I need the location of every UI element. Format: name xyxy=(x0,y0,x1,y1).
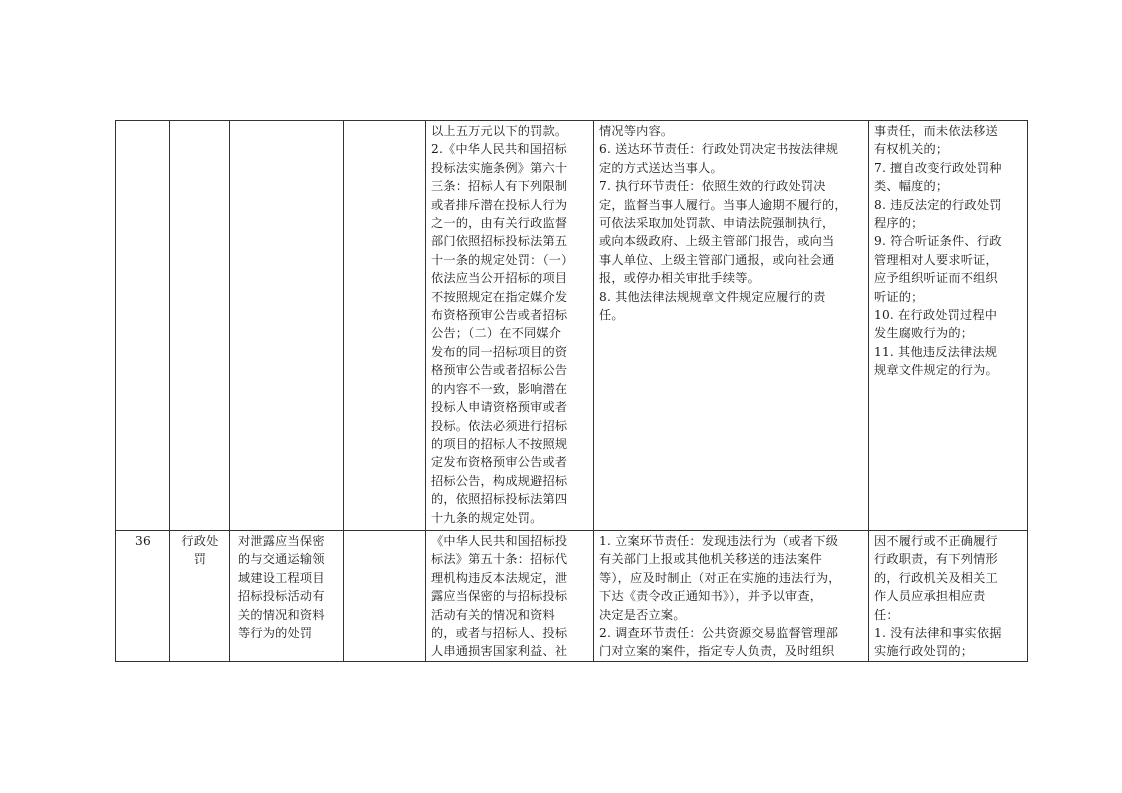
index-cell: 36 xyxy=(116,531,170,662)
text-line: 不按照规定在指定媒介发 xyxy=(431,288,589,306)
text-line: 的，依照招标投标法第四 xyxy=(431,490,589,508)
item-number: 36 xyxy=(135,534,151,548)
text-line: 任： xyxy=(874,606,1023,624)
text-line: 10. 在行政处罚过程中 xyxy=(874,306,1023,324)
text-line: 投标。依法必须进行招标 xyxy=(431,417,589,435)
code-cell xyxy=(344,531,426,662)
index-cell xyxy=(116,121,170,531)
text-line: 公告；（二）在不同媒介 xyxy=(431,324,589,342)
text-line: 定，监督当事人履行。当事人逾期不履行的， xyxy=(599,196,864,214)
basis-cell: 以上五万元以下的罚款。2.《中华人民共和国招标投标法实施条例》第六十三条：招标人… xyxy=(426,121,594,531)
responsibility-table: 以上五万元以下的罚款。2.《中华人民共和国招标投标法实施条例》第六十三条：招标人… xyxy=(115,120,1028,662)
text-line: 7. 执行环节责任：依照生效的行政处罚决 xyxy=(599,177,864,195)
text-line: 9. 符合听证条件、行政 xyxy=(874,232,1023,250)
table-row: 以上五万元以下的罚款。2.《中华人民共和国招标投标法实施条例》第六十三条：招标人… xyxy=(116,121,1028,531)
text-line: 人串通损害国家利益、社 xyxy=(431,642,589,660)
text-line: 1. 立案环节责任：发现违法行为（或者下级 xyxy=(599,532,864,550)
text-line: 《中华人民共和国招标投 xyxy=(431,532,589,550)
item-cell xyxy=(230,121,344,531)
text-line: 以上五万元以下的罚款。 xyxy=(431,122,589,140)
text-line: 行政职责，有下列情形 xyxy=(874,550,1023,568)
text-line: 招标公告，构成规避招标 xyxy=(431,472,589,490)
text-line: 发布的同一招标项目的资 xyxy=(431,343,589,361)
text-line: 2. 调查环节责任：公共资源交易监督管理部 xyxy=(599,624,864,642)
text-line: 情况等内容。 xyxy=(599,122,864,140)
text-line: 投标人申请资格预审或者 xyxy=(431,398,589,416)
text-line: 定的方式送达当事人。 xyxy=(599,159,864,177)
text-line: 应予组织听证而不组织 xyxy=(874,269,1023,287)
responsibility-cell: 情况等内容。6. 送达环节责任：行政处罚决定书按法律规定的方式送达当事人。7. … xyxy=(594,121,869,531)
text-line: 事人单位、上级主管部门通报，或向社会通 xyxy=(599,251,864,269)
text-line: 三条：招标人有下列限制 xyxy=(431,177,589,195)
text-line: 的，行政机关及相关工 xyxy=(874,569,1023,587)
text-line: 等），应及时制止（对正在实施的违法行为， xyxy=(599,569,864,587)
text-line: 活动有关的情况和资料 xyxy=(431,606,589,624)
text-line: 类、幅度的； xyxy=(874,177,1023,195)
text-line: 十九条的规定处罚。 xyxy=(431,509,589,527)
text-line: 罚 xyxy=(175,550,225,568)
text-line: 6. 送达环节责任：行政处罚决定书按法律规 xyxy=(599,140,864,158)
text-line: 可依法采取加处罚款、申请法院强制执行， xyxy=(599,214,864,232)
text-line: 的内容不一致，影响潜在 xyxy=(431,380,589,398)
text-line: 标法》第五十条：招标代 xyxy=(431,550,589,568)
text-line: 管理相对人要求听证， xyxy=(874,251,1023,269)
basis-cell: 《中华人民共和国招标投标法》第五十条：招标代理机构违反本法规定，泄露应当保密的与… xyxy=(426,531,594,662)
text-line: 8. 违反法定的行政处罚 xyxy=(874,196,1023,214)
text-line: 事责任，而未依法移送 xyxy=(874,122,1023,140)
text-line: 行政处 xyxy=(175,532,225,550)
text-line: 下达《责令改正通知书》），并予以审查， xyxy=(599,587,864,605)
text-line: 8. 其他法律法规规章文件规定应履行的责 xyxy=(599,288,864,306)
text-line: 1. 没有法律和事实依据 xyxy=(874,624,1023,642)
text-line: 门对立案的案件，指定专人负责，及时组织 xyxy=(599,642,864,660)
text-line: 实施行政处罚的； xyxy=(874,642,1023,660)
text-line: 报，或停办相关审批手续等。 xyxy=(599,269,864,287)
text-line: 对泄露应当保密 xyxy=(238,532,339,550)
responsibility-cell: 1. 立案环节责任：发现违法行为（或者下级有关部门上报或其他机关移送的违法案件等… xyxy=(594,531,869,662)
text-line: 听证的； xyxy=(874,288,1023,306)
text-line: 之一的，由有关行政监督 xyxy=(431,214,589,232)
text-line: 规章文件规定的行为。 xyxy=(874,361,1023,379)
text-line: 2.《中华人民共和国招标 xyxy=(431,140,589,158)
text-line: 的项目的招标人不按照规 xyxy=(431,435,589,453)
text-line: 有关部门上报或其他机关移送的违法案件 xyxy=(599,550,864,568)
text-line: 依法应当公开招标的项目 xyxy=(431,269,589,287)
text-line: 招标投标活动有 xyxy=(238,587,339,605)
text-line: 作人员应承担相应责 xyxy=(874,587,1023,605)
text-line: 十一条的规定处罚：（一） xyxy=(431,251,589,269)
text-line: 或者排斥潜在投标人行为 xyxy=(431,196,589,214)
accountability-cell: 因不履行或不正确履行行政职责，有下列情形的，行政机关及相关工作人员应承担相应责任… xyxy=(869,531,1028,662)
document-page: 以上五万元以下的罚款。2.《中华人民共和国招标投标法实施条例》第六十三条：招标人… xyxy=(0,0,1122,793)
code-cell xyxy=(344,121,426,531)
type-cell: 行政处罚 xyxy=(170,531,230,662)
text-line: 或向本级政府、上级主管部门报告，或向当 xyxy=(599,232,864,250)
text-line: 关的情况和资料 xyxy=(238,606,339,624)
accountability-cell: 事责任，而未依法移送有权机关的；7. 擅自改变行政处罚种类、幅度的；8. 违反法… xyxy=(869,121,1028,531)
text-line: 因不履行或不正确履行 xyxy=(874,532,1023,550)
text-line: 程序的； xyxy=(874,214,1023,232)
text-line: 理机构违反本法规定，泄 xyxy=(431,569,589,587)
text-line: 部门依照招标投标法第五 xyxy=(431,232,589,250)
text-line: 11. 其他违反法律法规 xyxy=(874,343,1023,361)
text-line: 露应当保密的与招标投标 xyxy=(431,587,589,605)
text-line: 定发布资格预审公告或者 xyxy=(431,453,589,471)
text-line: 等行为的处罚 xyxy=(238,624,339,642)
text-line: 投标法实施条例》第六十 xyxy=(431,159,589,177)
table-row: 36 行政处罚 对泄露应当保密的与交通运输领域建设工程项目招标投标活动有关的情况… xyxy=(116,531,1028,662)
item-cell: 对泄露应当保密的与交通运输领域建设工程项目招标投标活动有关的情况和资料等行为的处… xyxy=(230,531,344,662)
text-line: 的，或者与招标人、投标 xyxy=(431,624,589,642)
text-line: 格预审公告或者招标公告 xyxy=(431,361,589,379)
type-cell xyxy=(170,121,230,531)
text-line: 域建设工程项目 xyxy=(238,569,339,587)
text-line: 有权机关的； xyxy=(874,140,1023,158)
text-line: 7. 擅自改变行政处罚种 xyxy=(874,159,1023,177)
text-line: 任。 xyxy=(599,306,864,324)
text-line: 的与交通运输领 xyxy=(238,550,339,568)
text-line: 布资格预审公告或者招标 xyxy=(431,306,589,324)
text-line: 发生腐败行为的； xyxy=(874,324,1023,342)
text-line: 决定是否立案。 xyxy=(599,606,864,624)
